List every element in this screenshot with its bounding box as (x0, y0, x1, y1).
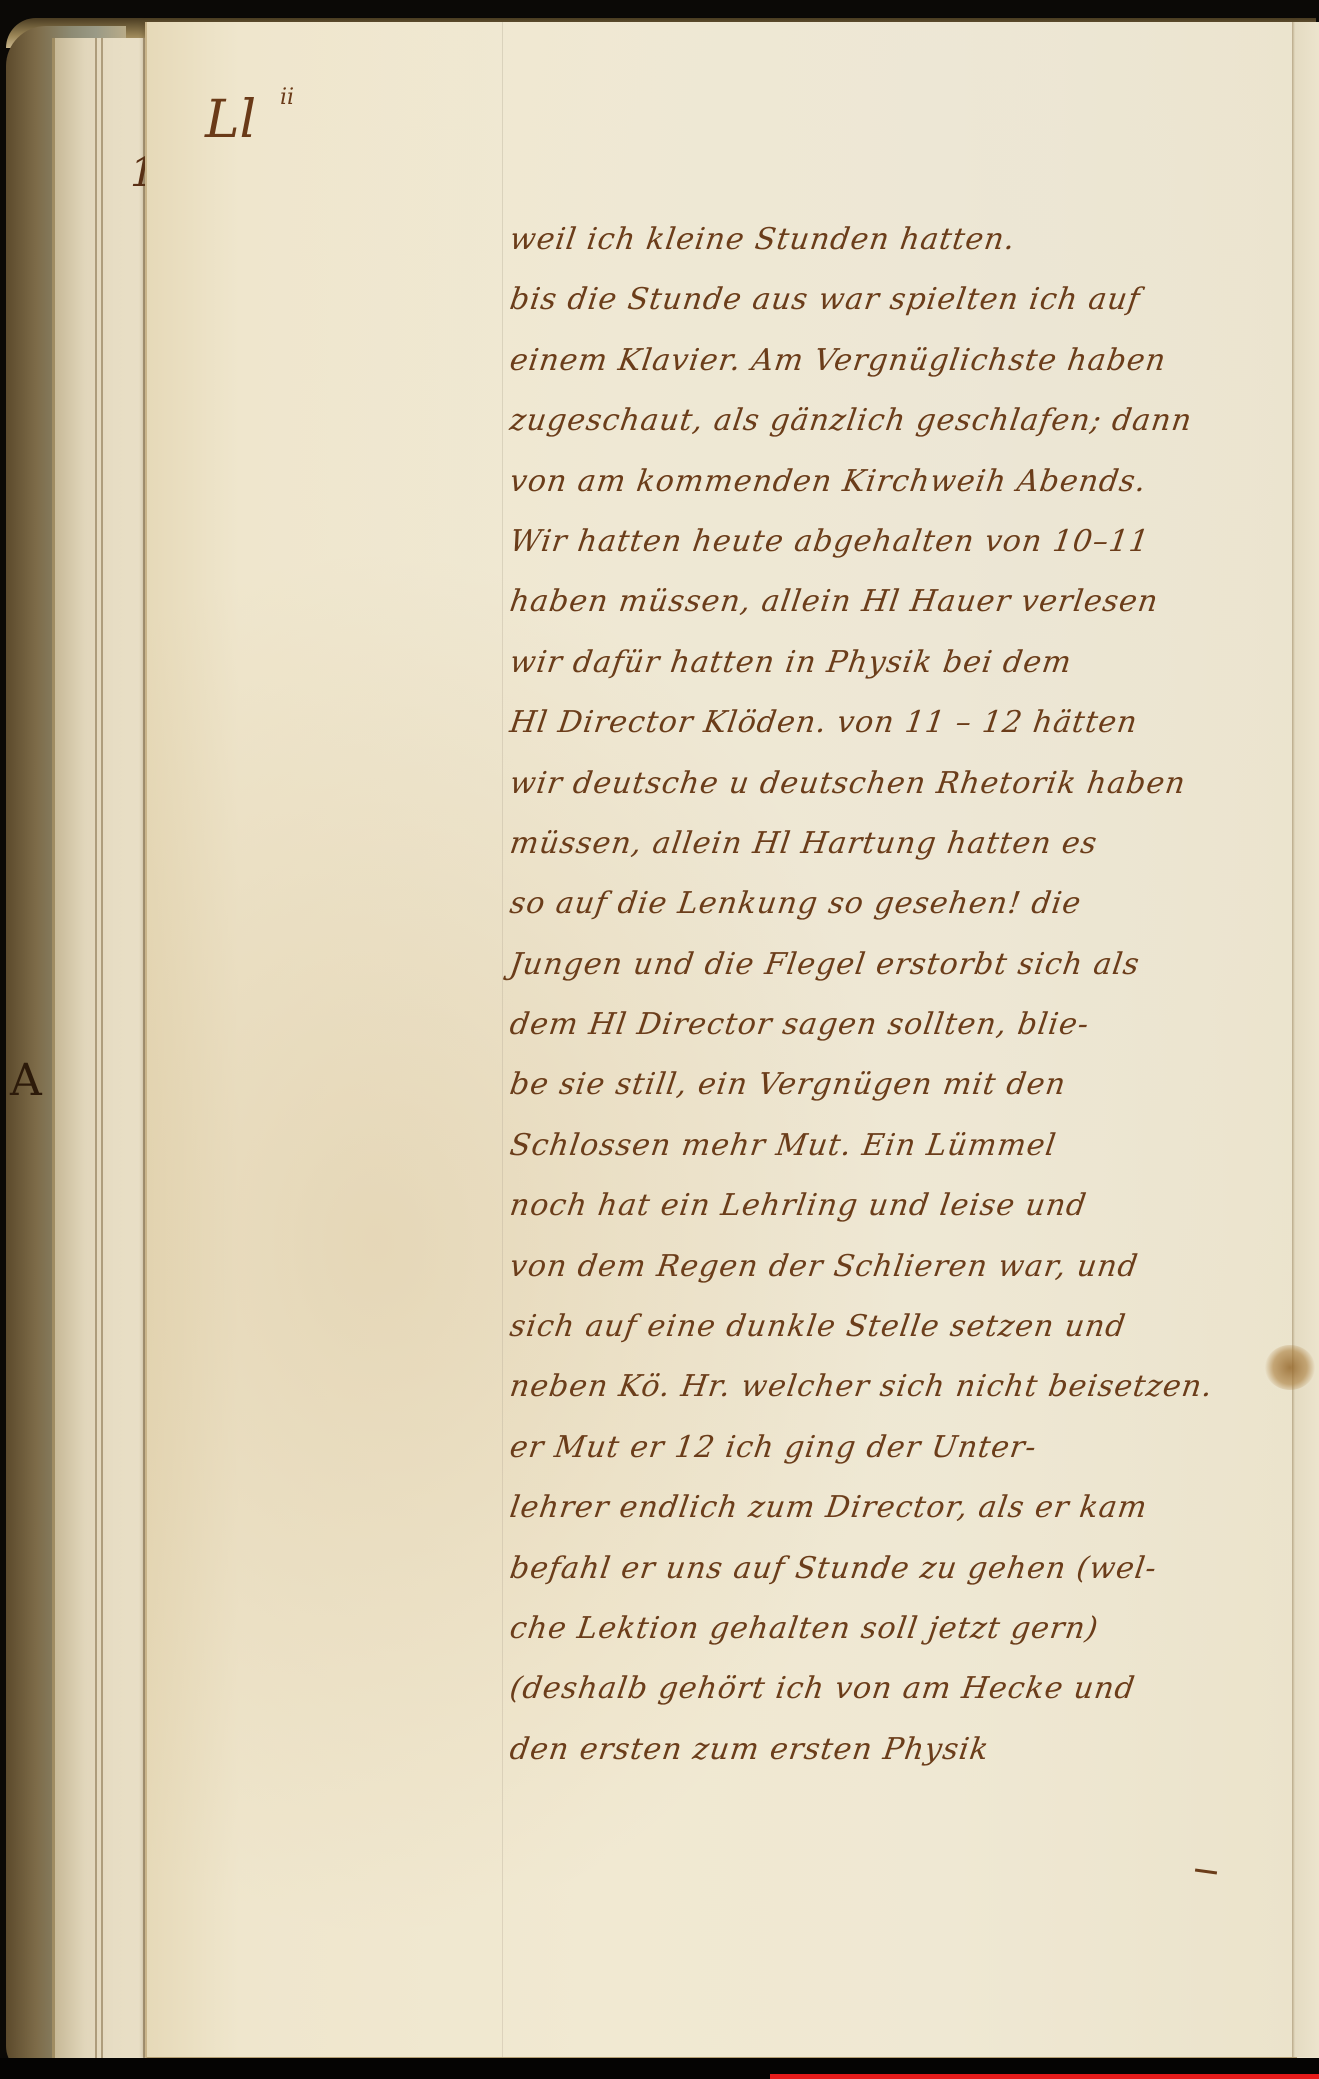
text-line: von am kommenden Kirchweih Abends. (506, 452, 1274, 512)
text-line: zugeschaut, als gänzlich geschlafen; dan… (506, 391, 1274, 451)
text-line: weil ich kleine Stunden hatten. (506, 210, 1274, 270)
text-line: bis die Stunde aus war spielten ich auf (506, 270, 1274, 330)
text-line: che Lektion gehalten soll jetzt gern) (506, 1599, 1274, 1659)
text-line: Schlossen mehr Mut. Ein Lümmel (506, 1116, 1274, 1176)
page-fold-line (502, 22, 503, 2057)
text-line: Hl Director Klöden. von 11 – 12 hätten (506, 693, 1274, 753)
page-edge-line (95, 38, 97, 2058)
cover-ink-mark: A (10, 1055, 42, 1106)
text-line: sich auf eine dunkle Stelle setzen und (506, 1297, 1274, 1357)
text-line: von dem Regen der Schlieren war, und (506, 1237, 1274, 1297)
text-line: dem Hl Director sagen sollten, blie- (506, 995, 1274, 1055)
handwritten-text-block: weil ich kleine Stunden hatten. bis die … (510, 210, 1270, 1780)
text-line: müssen, allein Hl Hartung hatten es (506, 814, 1274, 874)
text-line: neben Kö. Hr. welcher sich nicht beisetz… (506, 1357, 1274, 1417)
text-line: (deshalb gehört ich von am Hecke und (506, 1659, 1274, 1719)
ink-stain (1265, 1345, 1315, 1390)
text-line: Wir hatten heute abgehalten von 10–11 (506, 512, 1274, 572)
text-line: befahl er uns auf Stunde zu gehen (wel- (506, 1539, 1274, 1599)
folio-superscript: ii (280, 85, 294, 110)
folio-mark: Ll (205, 90, 256, 150)
text-line: den ersten zum ersten Physik (506, 1720, 1274, 1780)
next-page-edge (1292, 22, 1319, 2057)
text-line: noch hat ein Lehrling und leise und (506, 1176, 1274, 1236)
page-edge-line (101, 38, 103, 2058)
text-line: so auf die Lenkung so gesehen! die (506, 874, 1274, 934)
text-line: er Mut er 12 ich ging der Unter- (506, 1418, 1274, 1478)
scan-red-strip (770, 2074, 1319, 2079)
text-line: einem Klavier. Am Vergnüglichste haben (506, 331, 1274, 391)
text-line: lehrer endlich zum Director, als er kam (506, 1478, 1274, 1538)
text-line: haben müssen, allein Hl Hauer verlesen (506, 572, 1274, 632)
text-line: wir dafür hatten in Physik bei dem (506, 633, 1274, 693)
text-line: be sie still, ein Vergnügen mit den (506, 1055, 1274, 1115)
text-line: wir deutsche u deutschen Rhetorik haben (506, 754, 1274, 814)
text-line: Jungen und die Flegel erstorbt sich als (506, 935, 1274, 995)
